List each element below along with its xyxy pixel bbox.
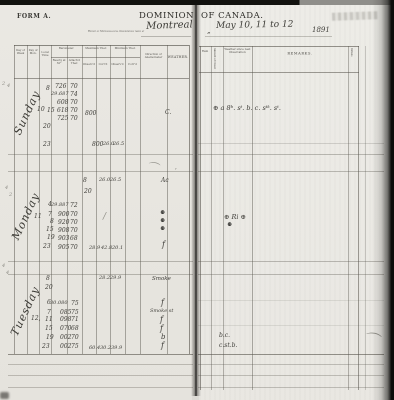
handwriting-mark: 002 bbox=[60, 344, 71, 350]
handwriting-mark: 30.080 bbox=[50, 301, 68, 306]
handwriting-mark: 11 bbox=[45, 317, 53, 323]
handwriting-mark: 12, bbox=[31, 316, 41, 322]
handwriting-mark: 903 bbox=[58, 236, 69, 242]
col-header-amount-of-cloud: Amount of Cloud bbox=[213, 48, 216, 69]
col-header-day-of-month: Day of Mon. bbox=[27, 49, 39, 55]
handwriting-mark: Smoke st bbox=[150, 309, 173, 314]
handwriting-mark: 10 bbox=[37, 107, 45, 113]
rule-line bbox=[198, 171, 384, 172]
rule-line bbox=[198, 364, 384, 365]
location-handwritten: Montreal bbox=[146, 20, 193, 32]
sub-header-attached-therm: Attach'd Ther. bbox=[67, 59, 82, 65]
handwriting-mark: ⌒ bbox=[145, 161, 159, 175]
rule-line bbox=[198, 274, 384, 275]
handwriting-mark: 2 bbox=[2, 82, 5, 87]
handwriting-mark: 26.5 bbox=[113, 142, 124, 147]
handwriting-mark: 23 bbox=[43, 142, 51, 148]
rule-line bbox=[14, 45, 189, 46]
handwriting-mark: ⊕ Ri ⊕ bbox=[224, 214, 246, 221]
col-header-direction: Direction of Anemometer bbox=[140, 53, 167, 59]
handwriting-mark: 070 bbox=[60, 326, 71, 332]
handwriting-mark: 20.1 bbox=[112, 246, 123, 251]
handwriting-mark: ⊕ bbox=[160, 210, 165, 216]
handwriting-mark: 70 bbox=[70, 100, 78, 106]
rule-line bbox=[198, 375, 384, 376]
rule-line bbox=[211, 46, 212, 390]
handwriting-mark: 30.2 bbox=[100, 346, 111, 351]
rule-line bbox=[198, 300, 384, 301]
rule-line bbox=[110, 45, 111, 354]
handwriting-mark: 920 bbox=[58, 220, 69, 226]
sub-header-reading: Read'g at 32° bbox=[51, 59, 67, 65]
ledger-scan: FORM A. DOMINION OF CANADA. Report of Me… bbox=[0, 0, 394, 400]
handwriting-mark: 70 bbox=[70, 84, 78, 90]
date-handwritten: May 10, 11 to 12 bbox=[216, 21, 294, 31]
handwriting-mark: 905 bbox=[58, 245, 69, 251]
handwriting-mark: b bbox=[161, 334, 165, 341]
handwriting-mark: 75 bbox=[71, 344, 79, 350]
handwriting-mark: 23 bbox=[43, 244, 51, 250]
rule-line bbox=[8, 364, 193, 365]
handwriting-mark: 8 bbox=[46, 86, 50, 92]
handwriting-mark: 4 bbox=[7, 84, 10, 89]
handwriting-mark: 70 bbox=[71, 335, 79, 341]
handwriting-mark: 42.8 bbox=[101, 246, 112, 251]
date-prefix-mark: „ bbox=[207, 28, 211, 35]
handwriting-mark: Ac bbox=[161, 178, 169, 184]
handwriting-mark: 26.5 bbox=[110, 178, 121, 183]
handwriting-mark: 39.9 bbox=[111, 346, 122, 351]
handwriting-mark: 800 bbox=[92, 142, 103, 148]
scan-right-edge bbox=[372, 0, 394, 400]
handwriting-mark: 15 bbox=[47, 108, 55, 114]
handwriting-mark: 2 bbox=[9, 193, 12, 198]
col-header-day-of-week: Day of Week bbox=[14, 49, 27, 55]
rule-line bbox=[8, 154, 193, 155]
rule-line bbox=[140, 45, 141, 354]
sub-header-corrected: Corr'd bbox=[96, 63, 110, 66]
handwriting-mark: 618 bbox=[57, 108, 68, 114]
handwriting-mark: 60.4 bbox=[89, 346, 100, 351]
rule-line bbox=[14, 45, 15, 354]
handwriting-mark: c.st.b. bbox=[219, 343, 237, 349]
handwriting-mark: 15 bbox=[46, 227, 54, 233]
rule-line bbox=[96, 45, 97, 354]
handwriting-mark: 900 bbox=[58, 212, 69, 218]
bottom-corner-smudge bbox=[0, 392, 9, 399]
handwriting-mark: 4 bbox=[6, 271, 9, 276]
handwriting-mark: 68 bbox=[71, 326, 79, 332]
rule-line bbox=[198, 325, 384, 326]
rule-line bbox=[14, 78, 189, 79]
handwriting-mark: 800 bbox=[85, 111, 96, 117]
col-header-weather: WEATHER. bbox=[167, 56, 189, 60]
subtitle-printed: Report of Meteorological Observations ta… bbox=[88, 30, 144, 33]
handwriting-mark: 098 bbox=[60, 317, 71, 323]
form-label: FORM A. bbox=[17, 13, 51, 20]
rule-line bbox=[8, 354, 193, 355]
handwriting-mark: 11 bbox=[34, 214, 42, 220]
rule-line bbox=[198, 143, 384, 144]
handwriting-mark: 725 bbox=[57, 116, 68, 122]
handwriting-mark: Smoke bbox=[152, 277, 171, 283]
handwriting-mark: 70 bbox=[70, 220, 78, 226]
rule-line bbox=[348, 46, 349, 390]
handwriting-mark: 70 bbox=[70, 108, 78, 114]
rule-line bbox=[252, 46, 253, 390]
handwriting-mark: 19 bbox=[46, 335, 54, 341]
handwriting-mark: 8 bbox=[46, 276, 50, 282]
handwriting-mark: 70 bbox=[70, 245, 78, 251]
handwriting-mark: f bbox=[160, 325, 163, 333]
handwriting-mark: f bbox=[161, 342, 164, 350]
handwriting-mark: 20 bbox=[45, 285, 53, 291]
handwriting-mark: 28.2 bbox=[99, 276, 110, 281]
handwriting-mark: 71 bbox=[71, 317, 79, 323]
rule-line bbox=[8, 375, 193, 376]
rule-line bbox=[8, 171, 193, 172]
sub-header-observed: Observ'd bbox=[82, 63, 96, 66]
handwriting-mark: 68 bbox=[70, 236, 78, 242]
handwriting-mark: f bbox=[161, 299, 164, 307]
rule-line bbox=[141, 36, 191, 37]
handwriting-mark: 28.9 bbox=[89, 246, 100, 251]
rule-line bbox=[205, 36, 332, 37]
handwriting-mark: 608 bbox=[57, 100, 68, 106]
handwriting-mark: 72 bbox=[70, 203, 78, 209]
handwriting-mark: 70 bbox=[70, 228, 78, 234]
handwriting-mark: ⊕ bbox=[160, 226, 165, 232]
handwriting-mark: 908 bbox=[58, 228, 69, 234]
rule-line bbox=[198, 261, 384, 262]
handwriting-mark: 26.0 bbox=[99, 178, 110, 183]
rule-line bbox=[358, 46, 359, 390]
rule-line bbox=[189, 45, 190, 354]
scan-top-edge bbox=[0, 0, 394, 5]
handwriting-mark: ⊕ bbox=[227, 222, 232, 228]
sub-header-corrected-2: Corr'd bbox=[125, 63, 140, 66]
sub-header-observed-2: Observ'd bbox=[110, 63, 125, 66]
year-handwritten: 1891 bbox=[312, 27, 330, 34]
handwriting-mark: 19 bbox=[47, 235, 55, 241]
handwriting-mark: 8 bbox=[83, 178, 87, 184]
handwriting-mark: 23 bbox=[42, 344, 50, 350]
rule-line bbox=[198, 154, 384, 155]
handwriting-mark: 002 bbox=[60, 335, 71, 341]
handwriting-mark: 8 bbox=[50, 219, 54, 225]
handwriting-mark: ⊕ bbox=[160, 218, 165, 224]
handwriting-mark: 70 bbox=[70, 212, 78, 218]
handwriting-mark: 15 bbox=[45, 326, 53, 332]
handwriting-mark: / bbox=[103, 213, 106, 222]
handwriting-mark: 4 bbox=[2, 264, 5, 269]
col-header-weather-since: Weather since Last Observation bbox=[223, 48, 252, 54]
rule-line bbox=[8, 387, 193, 388]
handwriting-mark: 74 bbox=[70, 92, 78, 98]
handwriting-mark: 4 bbox=[5, 186, 8, 191]
handwriting-mark: 29.9 bbox=[110, 276, 121, 281]
handwriting-mark: 20 bbox=[84, 189, 92, 195]
rule-line bbox=[8, 261, 193, 262]
handwriting-mark: 70 bbox=[70, 116, 78, 122]
col-header-local-time: Local Time bbox=[39, 51, 51, 57]
rule-line bbox=[125, 45, 126, 354]
handwriting-mark: ⊕ a 8ᵇ. sᵗ. b. c. sᵗᵏ. sᵗ. bbox=[213, 105, 281, 112]
rule-line bbox=[82, 45, 83, 354]
handwriting-mark: 75 bbox=[71, 301, 79, 307]
handwriting-mark: b.c. bbox=[219, 333, 230, 339]
col-header-initials: Initials bbox=[350, 48, 353, 56]
handwriting-mark: 726 bbox=[55, 84, 66, 90]
handwriting-mark: 29.687 bbox=[51, 92, 69, 97]
handwriting-mark: f bbox=[162, 241, 165, 249]
col-header-remarks: REMARKS. bbox=[252, 52, 348, 56]
handwriting-mark: f bbox=[160, 316, 163, 324]
handwriting-mark: 20 bbox=[43, 124, 51, 130]
rule-line bbox=[198, 387, 384, 388]
handwriting-mark: C. bbox=[165, 110, 171, 116]
rule-line bbox=[198, 354, 384, 355]
handwriting-mark: 29.887 bbox=[51, 203, 69, 208]
binding-gutter bbox=[191, 5, 201, 396]
handwriting-mark: ʳ bbox=[175, 168, 177, 174]
